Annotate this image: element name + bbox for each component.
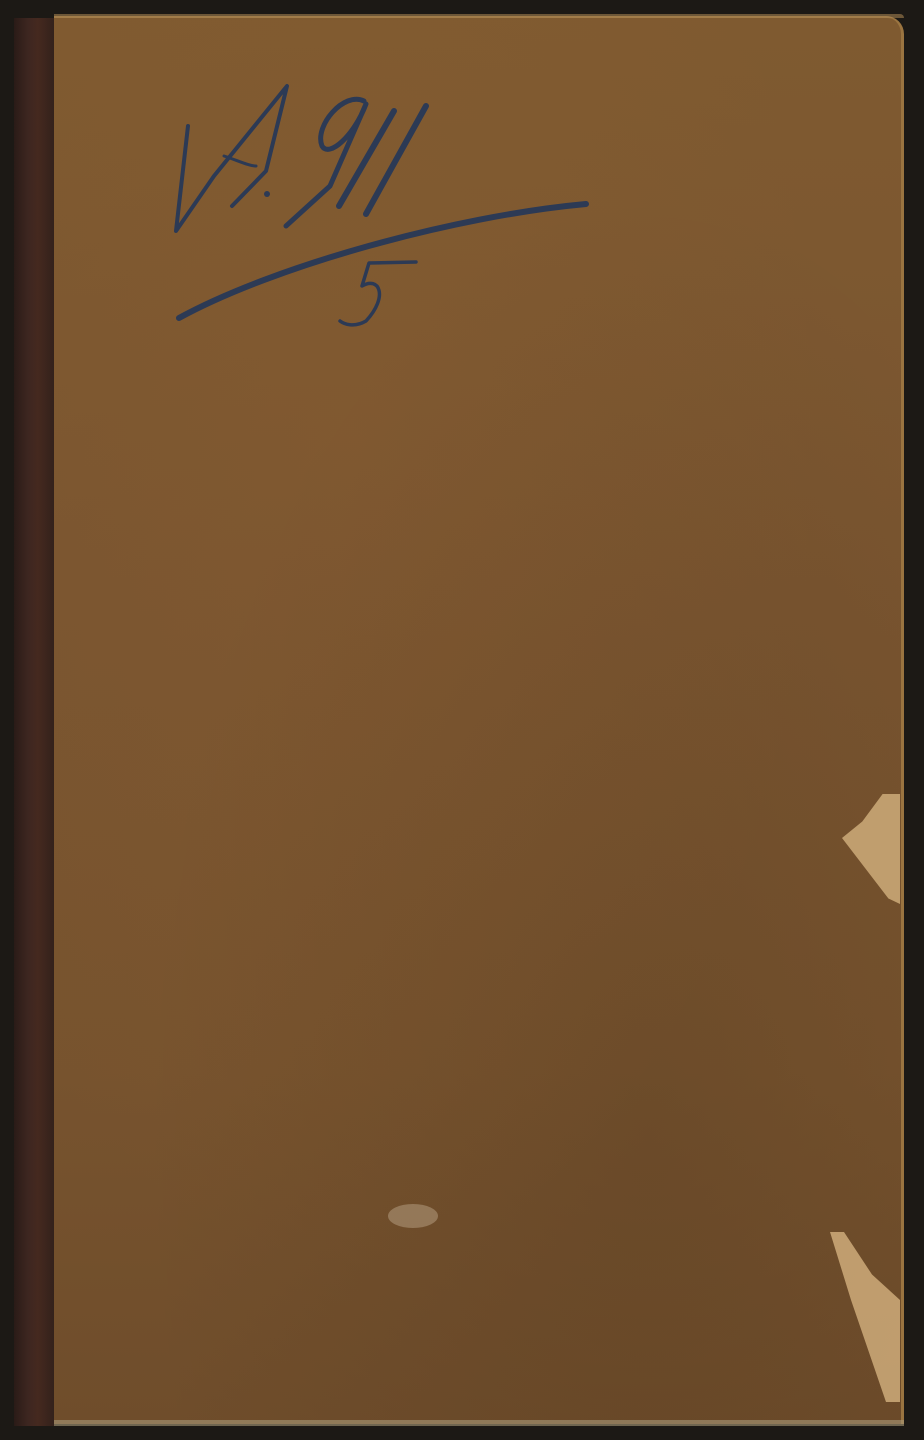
scan-background: A.911 5 bbox=[0, 0, 924, 1440]
paper-damage-right-middle bbox=[842, 794, 900, 904]
handwritten-shelfmark: A.911 5 bbox=[154, 66, 614, 346]
book: A.911 5 bbox=[14, 14, 906, 1430]
paper-damage-bottom-right bbox=[830, 1232, 900, 1402]
book-cover: A.911 5 bbox=[54, 16, 904, 1424]
paper-scuff bbox=[388, 1204, 438, 1228]
cover-top-edge bbox=[54, 14, 904, 18]
handwriting-ink bbox=[154, 66, 614, 346]
book-spine bbox=[14, 18, 55, 1426]
page-block-bottom-edge bbox=[54, 1420, 904, 1426]
